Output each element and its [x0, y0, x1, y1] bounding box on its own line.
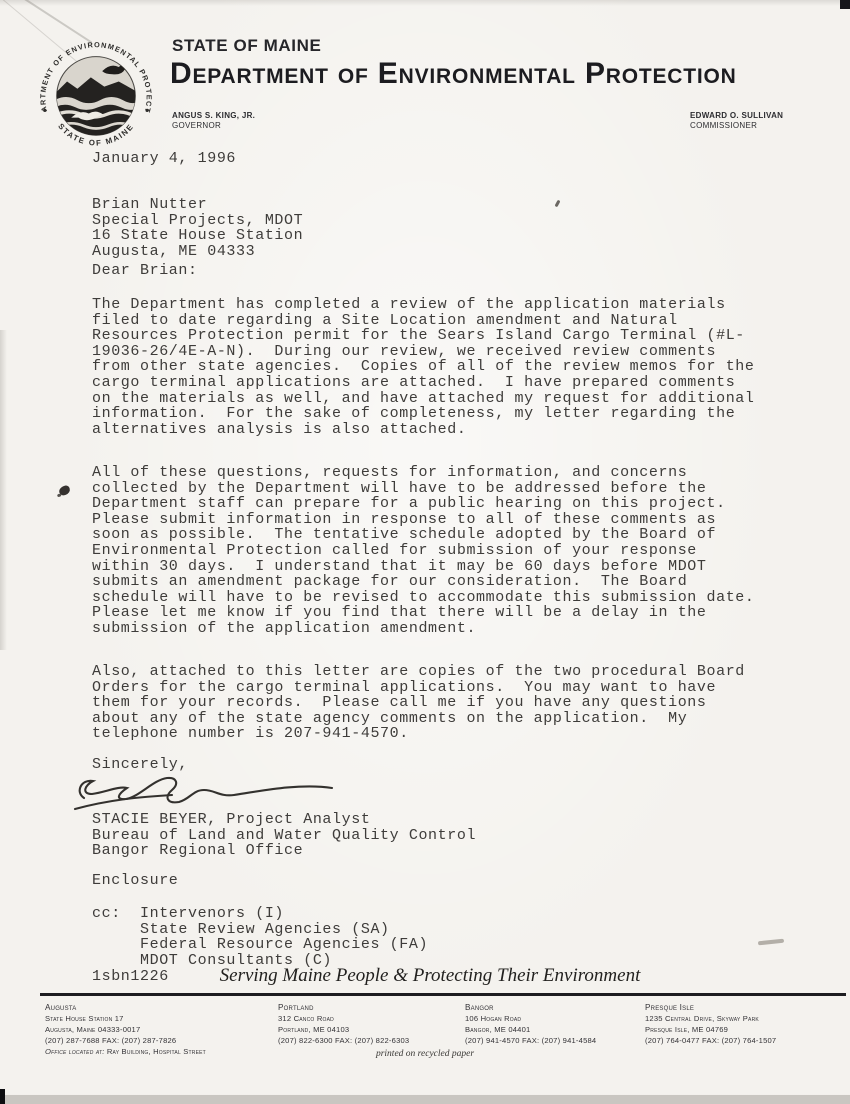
commissioner-block: EDWARD O. SULLIVAN COMMISSIONER: [690, 111, 783, 131]
office-augusta: Augusta State House Station 17 Augusta, …: [45, 1002, 280, 1057]
office-line: 106 Hogan Road: [465, 1013, 643, 1024]
governor-name: ANGUS S. KING, JR.: [172, 111, 255, 121]
department-title: Department of Environmental Protection: [170, 57, 737, 91]
scan-speck: [555, 200, 561, 208]
office-line: 312 Canco Road: [278, 1013, 458, 1024]
state-of-maine-heading: STATE OF MAINE: [172, 36, 321, 56]
scan-smudge: [758, 939, 784, 946]
office-line: State House Station 17: [45, 1013, 280, 1024]
office-city: Bangor: [465, 1002, 643, 1013]
office-note-label: Office located at:: [45, 1047, 105, 1056]
state-seal-icon: DEPARTMENT OF ENVIRONMENTAL PROTECTION S…: [34, 36, 158, 160]
office-line: (207) 287-7688 FAX: (207) 287-7826: [45, 1035, 280, 1046]
governor-title: GOVERNOR: [172, 121, 255, 131]
office-city: Portland: [278, 1002, 458, 1013]
office-presque-isle: Presque Isle 1235 Central Drive, Skyway …: [645, 1002, 845, 1046]
office-line: (207) 941-4570 FAX: (207) 941-4584: [465, 1035, 643, 1046]
recycled-paper-note: printed on recycled paper: [340, 1049, 510, 1059]
letter-date: January 4, 1996: [92, 151, 236, 167]
enclosure-note: Enclosure: [92, 873, 178, 889]
office-bangor: Bangor 106 Hogan Road Bangor, ME 04401 (…: [465, 1002, 643, 1046]
scan-corner-mark: [840, 0, 850, 9]
body-paragraph-2: All of these questions, requests for inf…: [92, 465, 755, 637]
footer-rule: [40, 993, 846, 996]
body-paragraph-3: Also, attached to this letter are copies…: [92, 664, 745, 742]
office-portland: Portland 312 Canco Road Portland, ME 041…: [278, 1002, 458, 1046]
signer-block: STACIE BEYER, Project Analyst Bureau of …: [92, 812, 476, 859]
ink-blot: [58, 485, 71, 497]
commissioner-name: EDWARD O. SULLIVAN: [690, 111, 783, 121]
office-city: Presque Isle: [645, 1002, 845, 1013]
body-paragraph-1: The Department has completed a review of…: [92, 297, 755, 437]
office-line: Portland, ME 04103: [278, 1024, 458, 1035]
scan-corner-mark: [0, 1089, 5, 1104]
office-note: Office located at: Ray Building, Hospita…: [45, 1046, 280, 1057]
office-line: 1235 Central Drive, Skyway Park: [645, 1013, 845, 1024]
office-line: (207) 764-0477 FAX: (207) 764-1507: [645, 1035, 845, 1046]
governor-block: ANGUS S. KING, JR. GOVERNOR: [172, 111, 255, 131]
office-city: Augusta: [45, 1002, 280, 1013]
page-edge-shadow: [0, 1095, 850, 1104]
office-line: (207) 822-6300 FAX: (207) 822-6303: [278, 1035, 458, 1046]
office-line: Bangor, ME 04401: [465, 1024, 643, 1035]
recipient-address: Brian Nutter Special Projects, MDOT 16 S…: [92, 197, 303, 259]
cc-list: cc: Intervenors (I) State Review Agencie…: [92, 906, 428, 968]
agency-tagline: Serving Maine People & Protecting Their …: [210, 965, 650, 987]
office-line: Augusta, Maine 04333-0017: [45, 1024, 280, 1035]
document-code: 1sbn1226: [92, 969, 169, 985]
commissioner-title: COMMISSIONER: [690, 121, 783, 131]
salutation: Dear Brian:: [92, 263, 198, 279]
scanned-letter-page: DEPARTMENT OF ENVIRONMENTAL PROTECTION S…: [0, 0, 850, 1104]
office-line: Presque Isle, ME 04769: [645, 1024, 845, 1035]
page-edge-shadow: [0, 330, 7, 650]
office-note-text: Ray Building, Hospital Street: [107, 1047, 206, 1056]
